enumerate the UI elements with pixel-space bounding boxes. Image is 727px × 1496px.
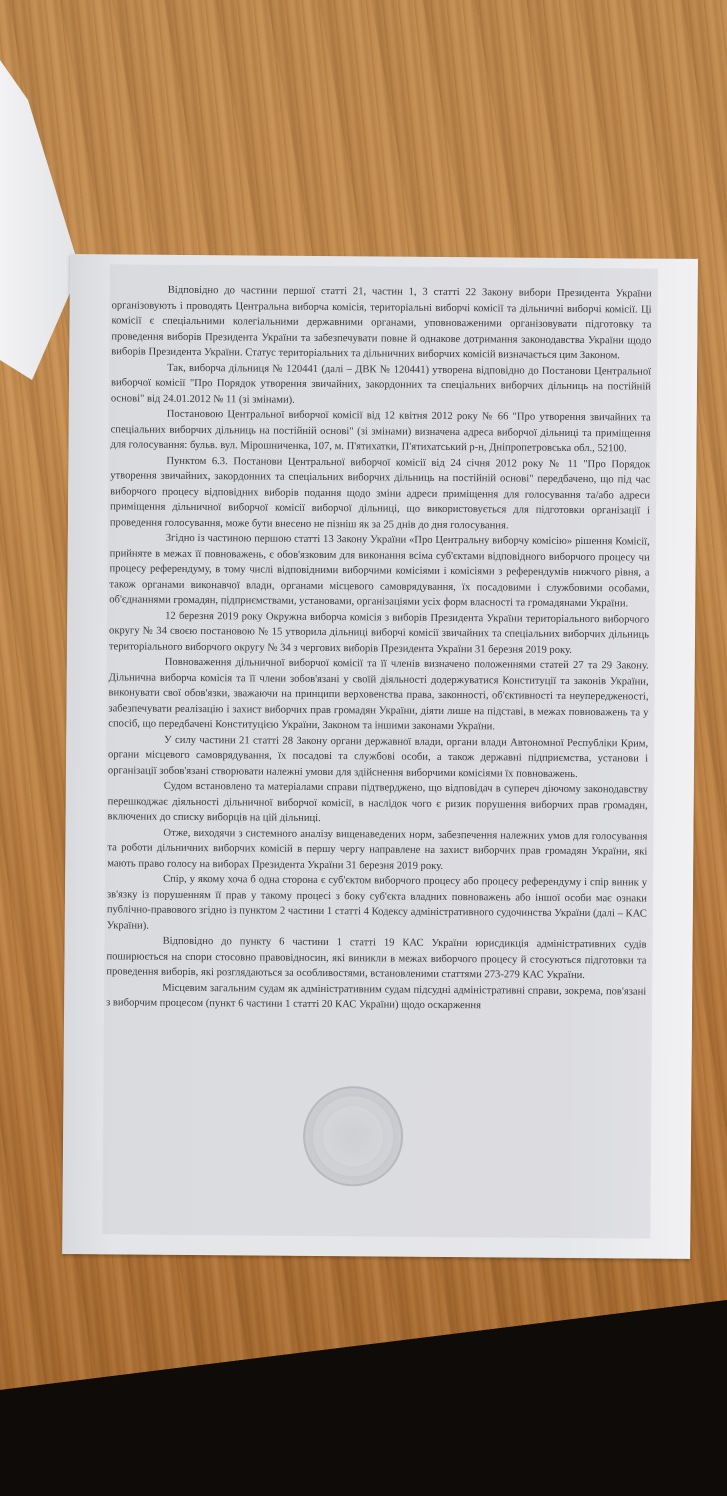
paragraph-12: Відповідно до пункту 6 частини 1 статті … xyxy=(106,933,646,984)
paragraph-5: Згідно із частиною першою статті 13 Зако… xyxy=(109,530,650,612)
round-seal-stamp-icon xyxy=(303,1086,404,1187)
document-body: Відповідно до частини першої статті 21, … xyxy=(106,282,652,1015)
paragraph-13: Місцевим загальним судам як адміністрати… xyxy=(106,980,646,1015)
paragraph-6: 12 березня 2019 року Окружна виборча ком… xyxy=(109,608,649,659)
paragraph-4: Пунктом 6.3. Постанови Центральної вибор… xyxy=(110,453,651,535)
paragraph-11: Спір, у якому хоча б одна сторона є суб'… xyxy=(107,871,647,937)
paragraph-10: Отже, виходячи з системного аналізу вище… xyxy=(107,825,647,876)
paragraph-1: Відповідно до частини першої статті 21, … xyxy=(111,282,652,364)
paragraph-9: Судом встановлено та матеріалами справи … xyxy=(108,778,648,829)
paragraph-8: У силу частини 21 статті 28 Закону орган… xyxy=(108,732,648,783)
paragraph-3: Постановою Центральної виборчої комісії … xyxy=(110,406,650,457)
paragraph-2: Так, виборча дільниця № 120441 (далі – Д… xyxy=(111,360,651,411)
document-page: Відповідно до частини першої статті 21, … xyxy=(62,254,698,1259)
paragraph-7: Повноваження дільничної виборчої комісії… xyxy=(108,654,649,736)
